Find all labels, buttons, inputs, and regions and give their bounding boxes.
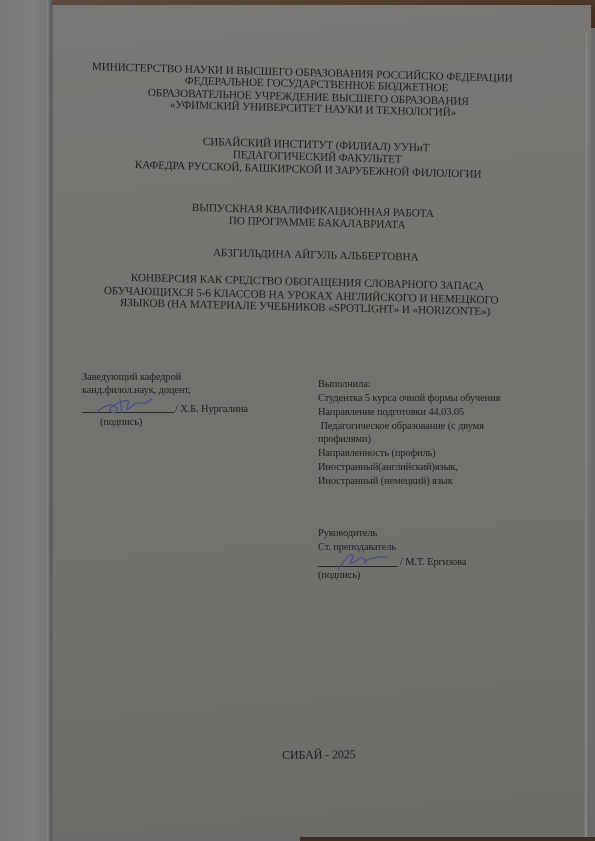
performer-line: Направленность (профиль): [318, 449, 436, 459]
performer-line: Студентка 5 курса очной формы обучения: [318, 394, 500, 404]
desk-background-bottom: [300, 837, 595, 841]
supervisor-signature-icon: [334, 549, 389, 571]
city-year-footer: СИБАЙ - 2025: [282, 748, 356, 761]
supervisor-signature-caption: (подпись): [318, 571, 360, 581]
performer-line: Иностранный(английский)язык,: [318, 463, 458, 473]
hod-signature-icon: [94, 395, 154, 417]
performer-line: Иностранный (немецкий) язык: [318, 477, 453, 487]
hod-role: Заведующий кафедрой: [82, 373, 181, 383]
performer-line: Педагогическое образование (с двумя: [318, 422, 484, 432]
hod-name: / Х.Б. Нургалина: [175, 405, 248, 415]
page-edge: [584, 33, 587, 841]
performer-label: Выполнила:: [318, 380, 371, 390]
left-page: [0, 0, 50, 841]
performer-line: Направление подготовки 44.03.05: [318, 408, 464, 418]
supervisor-name: / М.Т. Ергизова: [400, 558, 466, 568]
supervisor-role: Руководитель: [318, 529, 377, 539]
hod-signature-caption: (подпись): [100, 418, 142, 428]
performer-line: профилями): [318, 435, 371, 445]
